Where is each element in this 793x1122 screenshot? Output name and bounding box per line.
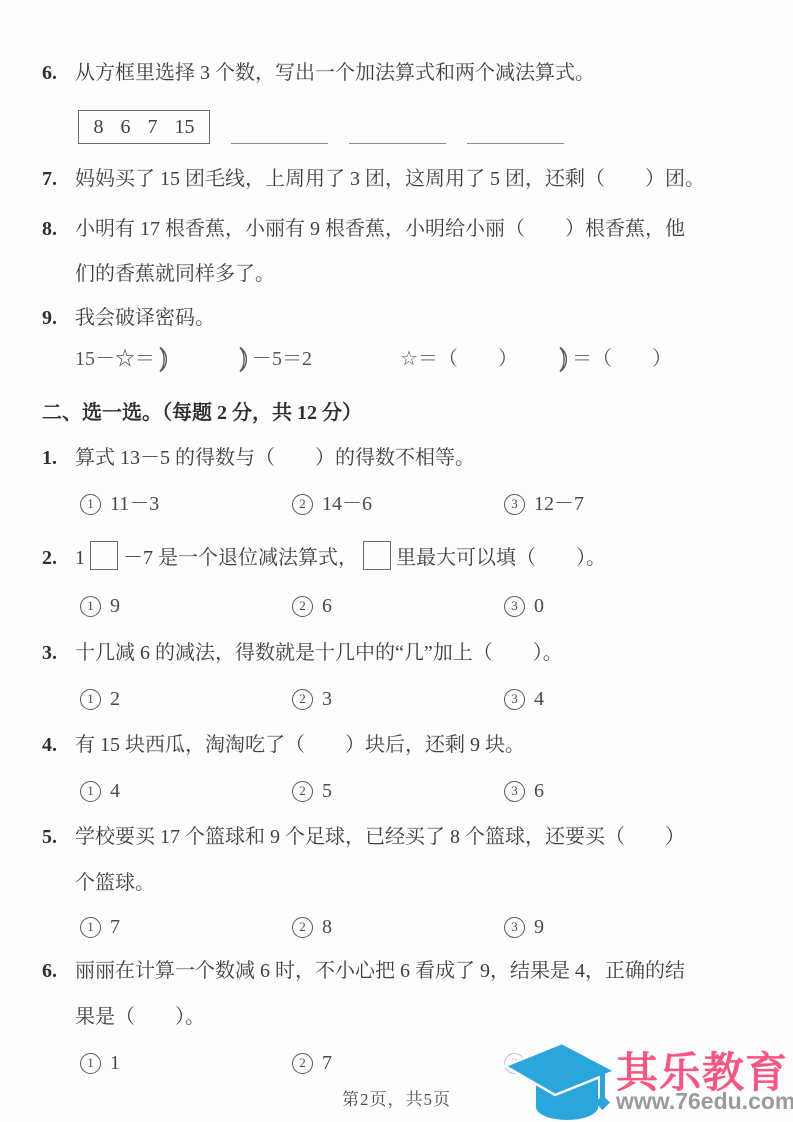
circled-number: 3 — [504, 689, 525, 710]
choice-question-3: 3.十几减 6 的减法，得数就是十几中的“几”加上（ ）。 — [42, 638, 765, 668]
question-9-fill: 9.我会破译密码。 — [42, 303, 765, 333]
options-row-q3: 12 23 34 — [42, 684, 765, 714]
options-row-q2: 19 26 30 — [42, 591, 765, 621]
answer-blank-line — [349, 117, 446, 144]
question-number: 3. — [42, 638, 75, 668]
question-text: 有 15 块西瓜，淘淘吃了（ ）块后，还剩 9 块。 — [75, 734, 525, 756]
circled-number: 2 — [292, 689, 313, 710]
option-label: 8 — [322, 912, 332, 942]
cipher-equation-2: －5＝2 — [235, 344, 400, 374]
circled-number: 1 — [80, 689, 101, 710]
question-text: 我会破译密码。 — [75, 307, 215, 329]
question-number: 7. — [42, 164, 75, 194]
question-6-line2: 果是（ ）。 — [42, 1002, 765, 1032]
circled-number: 2 — [292, 781, 313, 802]
question-text-part: 1 — [75, 547, 85, 569]
question-number: 4. — [42, 730, 75, 760]
option-2: 26 — [292, 591, 504, 621]
equation-text: ＝（ ） — [572, 344, 672, 374]
option-3: 34 — [504, 684, 716, 714]
option-label: 0 — [534, 591, 544, 621]
moon-icon — [237, 346, 250, 373]
question-number: 5. — [42, 822, 75, 852]
option-1: 17 — [80, 912, 292, 942]
circled-number: 3 — [504, 917, 525, 938]
moon-icon — [557, 346, 570, 373]
option-label: 9 — [534, 912, 544, 942]
option-1: 19 — [80, 591, 292, 621]
option-label: 14－6 — [322, 489, 372, 519]
option-3: 312－7 — [504, 489, 716, 519]
option-label: 4 — [110, 776, 120, 806]
question-text: 丽丽在计算一个数减 6 时，不小心把 6 看成了 9，结果是 4，正确的结 — [75, 960, 685, 982]
option-label: 6 — [534, 776, 544, 806]
choice-question-4: 4.有 15 块西瓜，淘淘吃了（ ）块后，还剩 9 块。 — [42, 730, 765, 760]
number-choice-box: 8 6 7 15 — [78, 110, 210, 144]
option-label: 2 — [110, 684, 120, 714]
question-8-fill: 8.小明有 17 根香蕉，小丽有 9 根香蕉，小明给小丽（ ）根香蕉，他 — [42, 214, 765, 244]
question-number: 8. — [42, 214, 75, 244]
option-label: 6 — [322, 591, 332, 621]
circled-number: 3 — [504, 494, 525, 515]
circled-number: 1 — [80, 596, 101, 617]
worksheet-content: 6.从方框里选择 3 个数，写出一个加法算式和两个减法算式。 8 6 7 15 … — [0, 0, 793, 1078]
question-text: 妈妈买了 15 团毛线，上周用了 3 团，这周用了 5 团，还剩（ ）团。 — [75, 168, 705, 190]
circled-number: 2 — [292, 494, 313, 515]
question-text: 小明有 17 根香蕉，小丽有 9 根香蕉，小明给小丽（ ）根香蕉，他 — [75, 218, 685, 240]
choice-question-5: 5.学校要买 17 个篮球和 9 个足球，已经买了 8 个篮球，还要买（ ） — [42, 822, 765, 852]
question-text: 学校要买 17 个篮球和 9 个足球，已经买了 8 个篮球，还要买（ ） — [75, 826, 685, 848]
circled-number: 3 — [504, 781, 525, 802]
question-number: 2. — [42, 542, 75, 574]
options-row-q5: 17 28 39 — [42, 912, 765, 942]
question-text: 算式 13－5 的得数与（ ）的得数不相等。 — [75, 447, 475, 469]
option-2: 27 — [292, 1048, 504, 1078]
options-row-q4: 14 25 36 — [42, 776, 765, 806]
circled-number: 2 — [292, 1053, 313, 1074]
circled-number: 1 — [80, 781, 101, 802]
question-number: 6. — [42, 956, 75, 986]
option-1: 111－3 — [80, 489, 292, 519]
box-number: 6 — [121, 116, 131, 139]
choice-question-2: 2.1－7 是一个退位减法算式，里最大可以填（ ）。 — [42, 541, 765, 574]
question-text-part: 里最大可以填（ ）。 — [396, 547, 606, 569]
question-8-line2: 们的香蕉就同样多了。 — [42, 259, 765, 289]
circled-number: 2 — [292, 917, 313, 938]
answer-square — [363, 541, 391, 570]
option-2: 214－6 — [292, 489, 504, 519]
option-1: 11 — [80, 1048, 292, 1078]
options-row-q1: 111－3 214－6 312－7 — [42, 489, 765, 519]
answer-square — [90, 541, 118, 570]
equation-text: 15－☆＝ — [75, 344, 155, 374]
option-label: 9 — [110, 591, 120, 621]
question-text: 十几减 6 的减法，得数就是十几中的“几”加上（ ）。 — [75, 642, 563, 664]
question-7-fill: 7.妈妈买了 15 团毛线，上周用了 3 团，这周用了 5 团，还剩（ ）团。 — [42, 164, 765, 194]
cipher-equation-3: ☆＝（ ） — [400, 344, 555, 374]
circled-number: 2 — [292, 596, 313, 617]
circled-number: 1 — [80, 1053, 101, 1074]
option-label: 7 — [110, 912, 120, 942]
worksheet-page: 6.从方框里选择 3 个数，写出一个加法算式和两个减法算式。 8 6 7 15 … — [0, 0, 793, 1122]
answer-blank-line — [231, 117, 328, 144]
cipher-equation-row: 15－☆＝ －5＝2 ☆＝（ ） ＝（ ） — [42, 344, 765, 374]
option-2: 28 — [292, 912, 504, 942]
question-number: 6. — [42, 58, 75, 88]
circled-number: 1 — [80, 917, 101, 938]
circled-number: 3 — [504, 596, 525, 617]
question-number: 1. — [42, 443, 75, 473]
box-number: 8 — [94, 116, 104, 139]
question-text: 从方框里选择 3 个数，写出一个加法算式和两个减法算式。 — [75, 62, 595, 84]
option-label: 5 — [322, 776, 332, 806]
choice-question-1: 1.算式 13－5 的得数与（ ）的得数不相等。 — [42, 443, 765, 473]
question-number: 9. — [42, 303, 75, 333]
option-1: 12 — [80, 684, 292, 714]
cipher-equation-4: ＝（ ） — [555, 344, 672, 374]
equation-text: －5＝2 — [252, 344, 312, 374]
question-text-part: －7 是一个退位减法算式， — [123, 547, 358, 569]
option-2: 23 — [292, 684, 504, 714]
section-2-header: 二、选一选。（每题 2 分，共 12 分） — [42, 398, 765, 428]
option-3: 30 — [504, 591, 716, 621]
circled-number: 1 — [80, 494, 101, 515]
option-label: 4 — [534, 684, 544, 714]
choice-question-6: 6.丽丽在计算一个数减 6 时，不小心把 6 看成了 9，结果是 4，正确的结 — [42, 956, 765, 986]
option-label: 1 — [110, 1048, 120, 1078]
watermark-url: www.76edu.com — [616, 1088, 793, 1115]
option-2: 25 — [292, 776, 504, 806]
number-box-row: 8 6 7 15 — [42, 110, 765, 144]
option-label: 3 — [322, 684, 332, 714]
option-3: 36 — [504, 776, 716, 806]
graduation-cap-icon — [499, 1037, 619, 1122]
cipher-equation-1: 15－☆＝ — [75, 344, 235, 374]
option-1: 14 — [80, 776, 292, 806]
option-label: 11－3 — [110, 489, 159, 519]
question-5-line2: 个篮球。 — [42, 868, 765, 898]
box-number: 7 — [148, 116, 158, 139]
option-label: 7 — [322, 1048, 332, 1078]
box-number: 15 — [175, 116, 195, 139]
option-3: 39 — [504, 912, 716, 942]
answer-blank-line — [467, 117, 564, 144]
option-label: 12－7 — [534, 489, 584, 519]
moon-icon — [157, 346, 170, 373]
question-6-fill: 6.从方框里选择 3 个数，写出一个加法算式和两个减法算式。 — [42, 58, 765, 88]
